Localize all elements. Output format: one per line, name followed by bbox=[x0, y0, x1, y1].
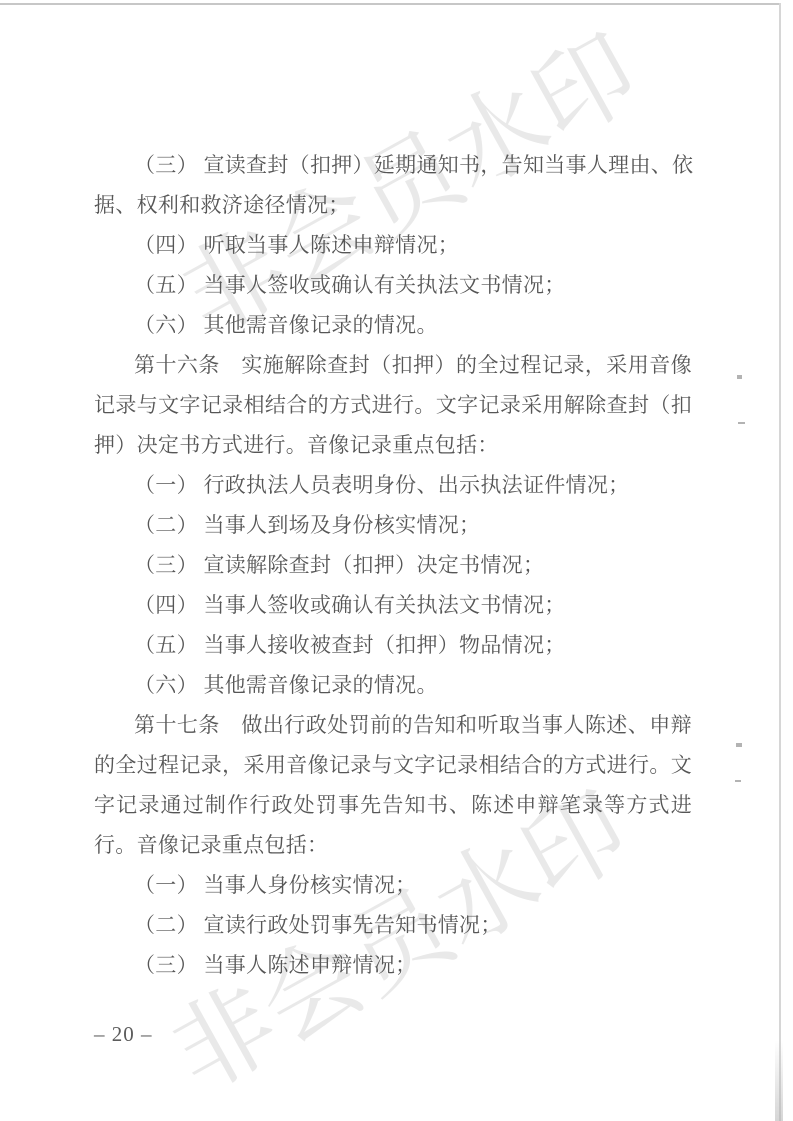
text-line: （六） 其他需音像记录的情况。 bbox=[94, 665, 692, 705]
document-body: （三） 宣读查封（扣押）延期通知书，告知当事人理由、依 据、权利和救济途径情况；… bbox=[94, 145, 692, 985]
scan-speck bbox=[735, 780, 741, 782]
text-line: （四） 当事人签收或确认有关执法文书情况； bbox=[94, 585, 692, 625]
scan-speck bbox=[736, 743, 742, 747]
text-line: （一） 当事人身份核实情况； bbox=[94, 865, 692, 905]
text-line: （一） 行政执法人员表明身份、出示执法证件情况； bbox=[94, 465, 692, 505]
text-line: 行。音像记录重点包括： bbox=[94, 825, 692, 865]
text-line: 押）决定书方式进行。音像记录重点包括： bbox=[94, 425, 692, 465]
text-line: 据、权利和救济途径情况； bbox=[94, 185, 692, 225]
scan-speck bbox=[737, 375, 742, 379]
text-line: （六） 其他需音像记录的情况。 bbox=[94, 305, 692, 345]
document-page: 非会员水印 非会员水印 （三） 宣读查封（扣押）延期通知书，告知当事人理由、依 … bbox=[0, 0, 793, 1121]
text-line: 记录与文字记录相结合的方式进行。文字记录采用解除查封（扣 bbox=[94, 385, 692, 425]
text-line: （三） 宣读解除查封（扣押）决定书情况； bbox=[94, 545, 692, 585]
page-top-edge bbox=[0, 3, 781, 5]
scan-speck bbox=[738, 422, 745, 424]
text-line: （四） 听取当事人陈述申辩情况； bbox=[94, 225, 692, 265]
page-right-edge bbox=[779, 3, 781, 1121]
text-line: （二） 当事人到场及身份核实情况； bbox=[94, 505, 692, 545]
text-line: （三） 宣读查封（扣押）延期通知书，告知当事人理由、依 bbox=[94, 145, 692, 185]
text-line: 第十六条 实施解除查封（扣押）的全过程记录，采用音像 bbox=[94, 345, 692, 385]
text-line: 第十七条 做出行政处罚前的告知和听取当事人陈述、申辩 bbox=[94, 705, 692, 745]
text-line: （二） 宣读行政处罚事先告知书情况； bbox=[94, 905, 692, 945]
text-line: （五） 当事人签收或确认有关执法文书情况； bbox=[94, 265, 692, 305]
page-edge-shadow bbox=[775, 1040, 783, 1121]
text-line: （五） 当事人接收被查封（扣押）物品情况； bbox=[94, 625, 692, 665]
text-line: 的全过程记录，采用音像记录与文字记录相结合的方式进行。文 bbox=[94, 745, 692, 785]
page-number: – 20 – bbox=[94, 1014, 153, 1054]
text-line: （三） 当事人陈述申辩情况； bbox=[94, 945, 692, 985]
text-line: 字记录通过制作行政处罚事先告知书、陈述申辩笔录等方式进 bbox=[94, 785, 692, 825]
